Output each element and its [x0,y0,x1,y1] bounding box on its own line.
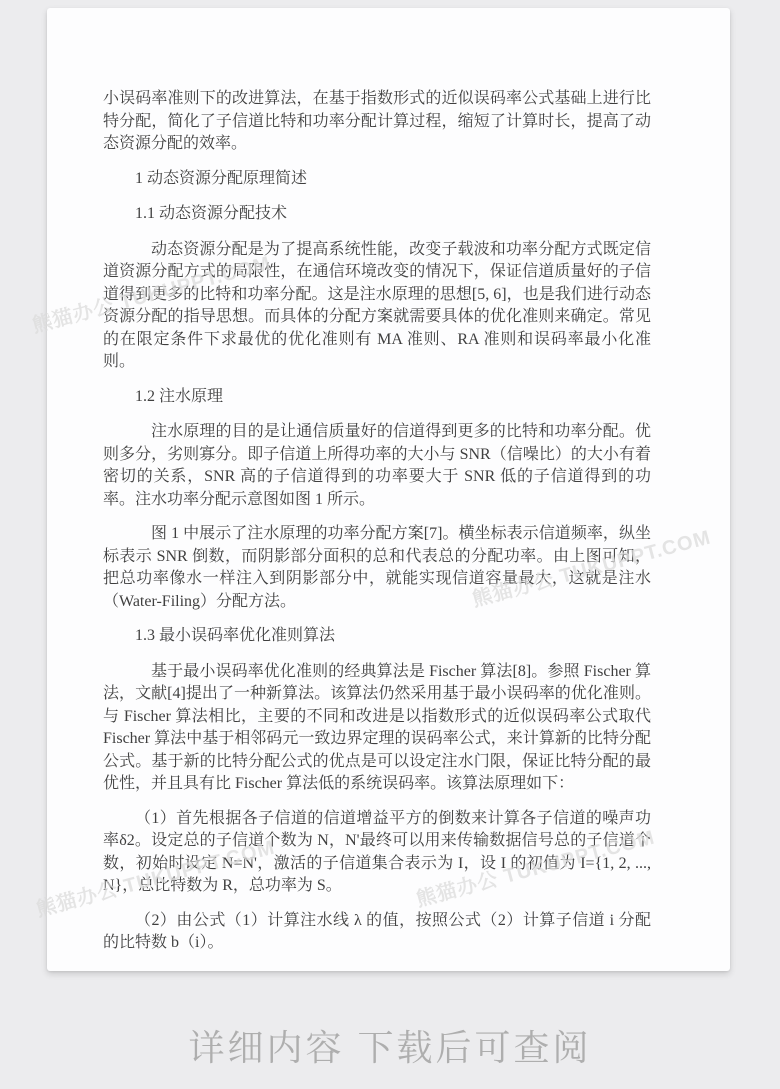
paragraph: 图 1 中展示了注水原理的功率分配方案[7]。横坐标表示信道频率，纵坐标表示 S… [103,523,651,613]
section-heading-1-1: 1.1 动态资源分配技术 [103,203,651,226]
document-content: 小误码率准则下的改进算法，在基于指数形式的近似误码率公式基础上进行比特分配，简化… [103,88,651,967]
paragraph: 小误码率准则下的改进算法，在基于指数形式的近似误码率公式基础上进行比特分配，简化… [103,88,651,156]
document-preview-stage: 小误码率准则下的改进算法，在基于指数形式的近似误码率公式基础上进行比特分配，简化… [0,0,780,1089]
preview-footer-note: 详细内容 下载后可查阅 [0,1020,780,1071]
paragraph: 基于最小误码率优化准则的经典算法是 Fischer 算法[8]。参照 Fisch… [103,661,651,796]
section-heading-1: 1 动态资源分配原理简述 [103,168,651,191]
paragraph: 动态资源分配是为了提高系统性能，改变子载波和功率分配方式既定信道资源分配方式的局… [103,239,651,374]
paragraph-step-1: （1）首先根据各子信道的信道增益平方的倒数来计算各子信道的噪声功率δ2。设定总的… [103,808,651,898]
document-page: 小误码率准则下的改进算法，在基于指数形式的近似误码率公式基础上进行比特分配，简化… [47,8,730,971]
section-heading-1-3: 1.3 最小误码率优化准则算法 [103,625,651,648]
section-heading-1-2: 1.2 注水原理 [103,386,651,409]
paragraph: 注水原理的目的是让通信质量好的信道得到更多的比特和功率分配。优则多分，劣则寡分。… [103,421,651,511]
paragraph-step-2: （2）由公式（1）计算注水线 λ 的值，按照公式（2）计算子信道 i 分配的比特… [103,910,651,955]
